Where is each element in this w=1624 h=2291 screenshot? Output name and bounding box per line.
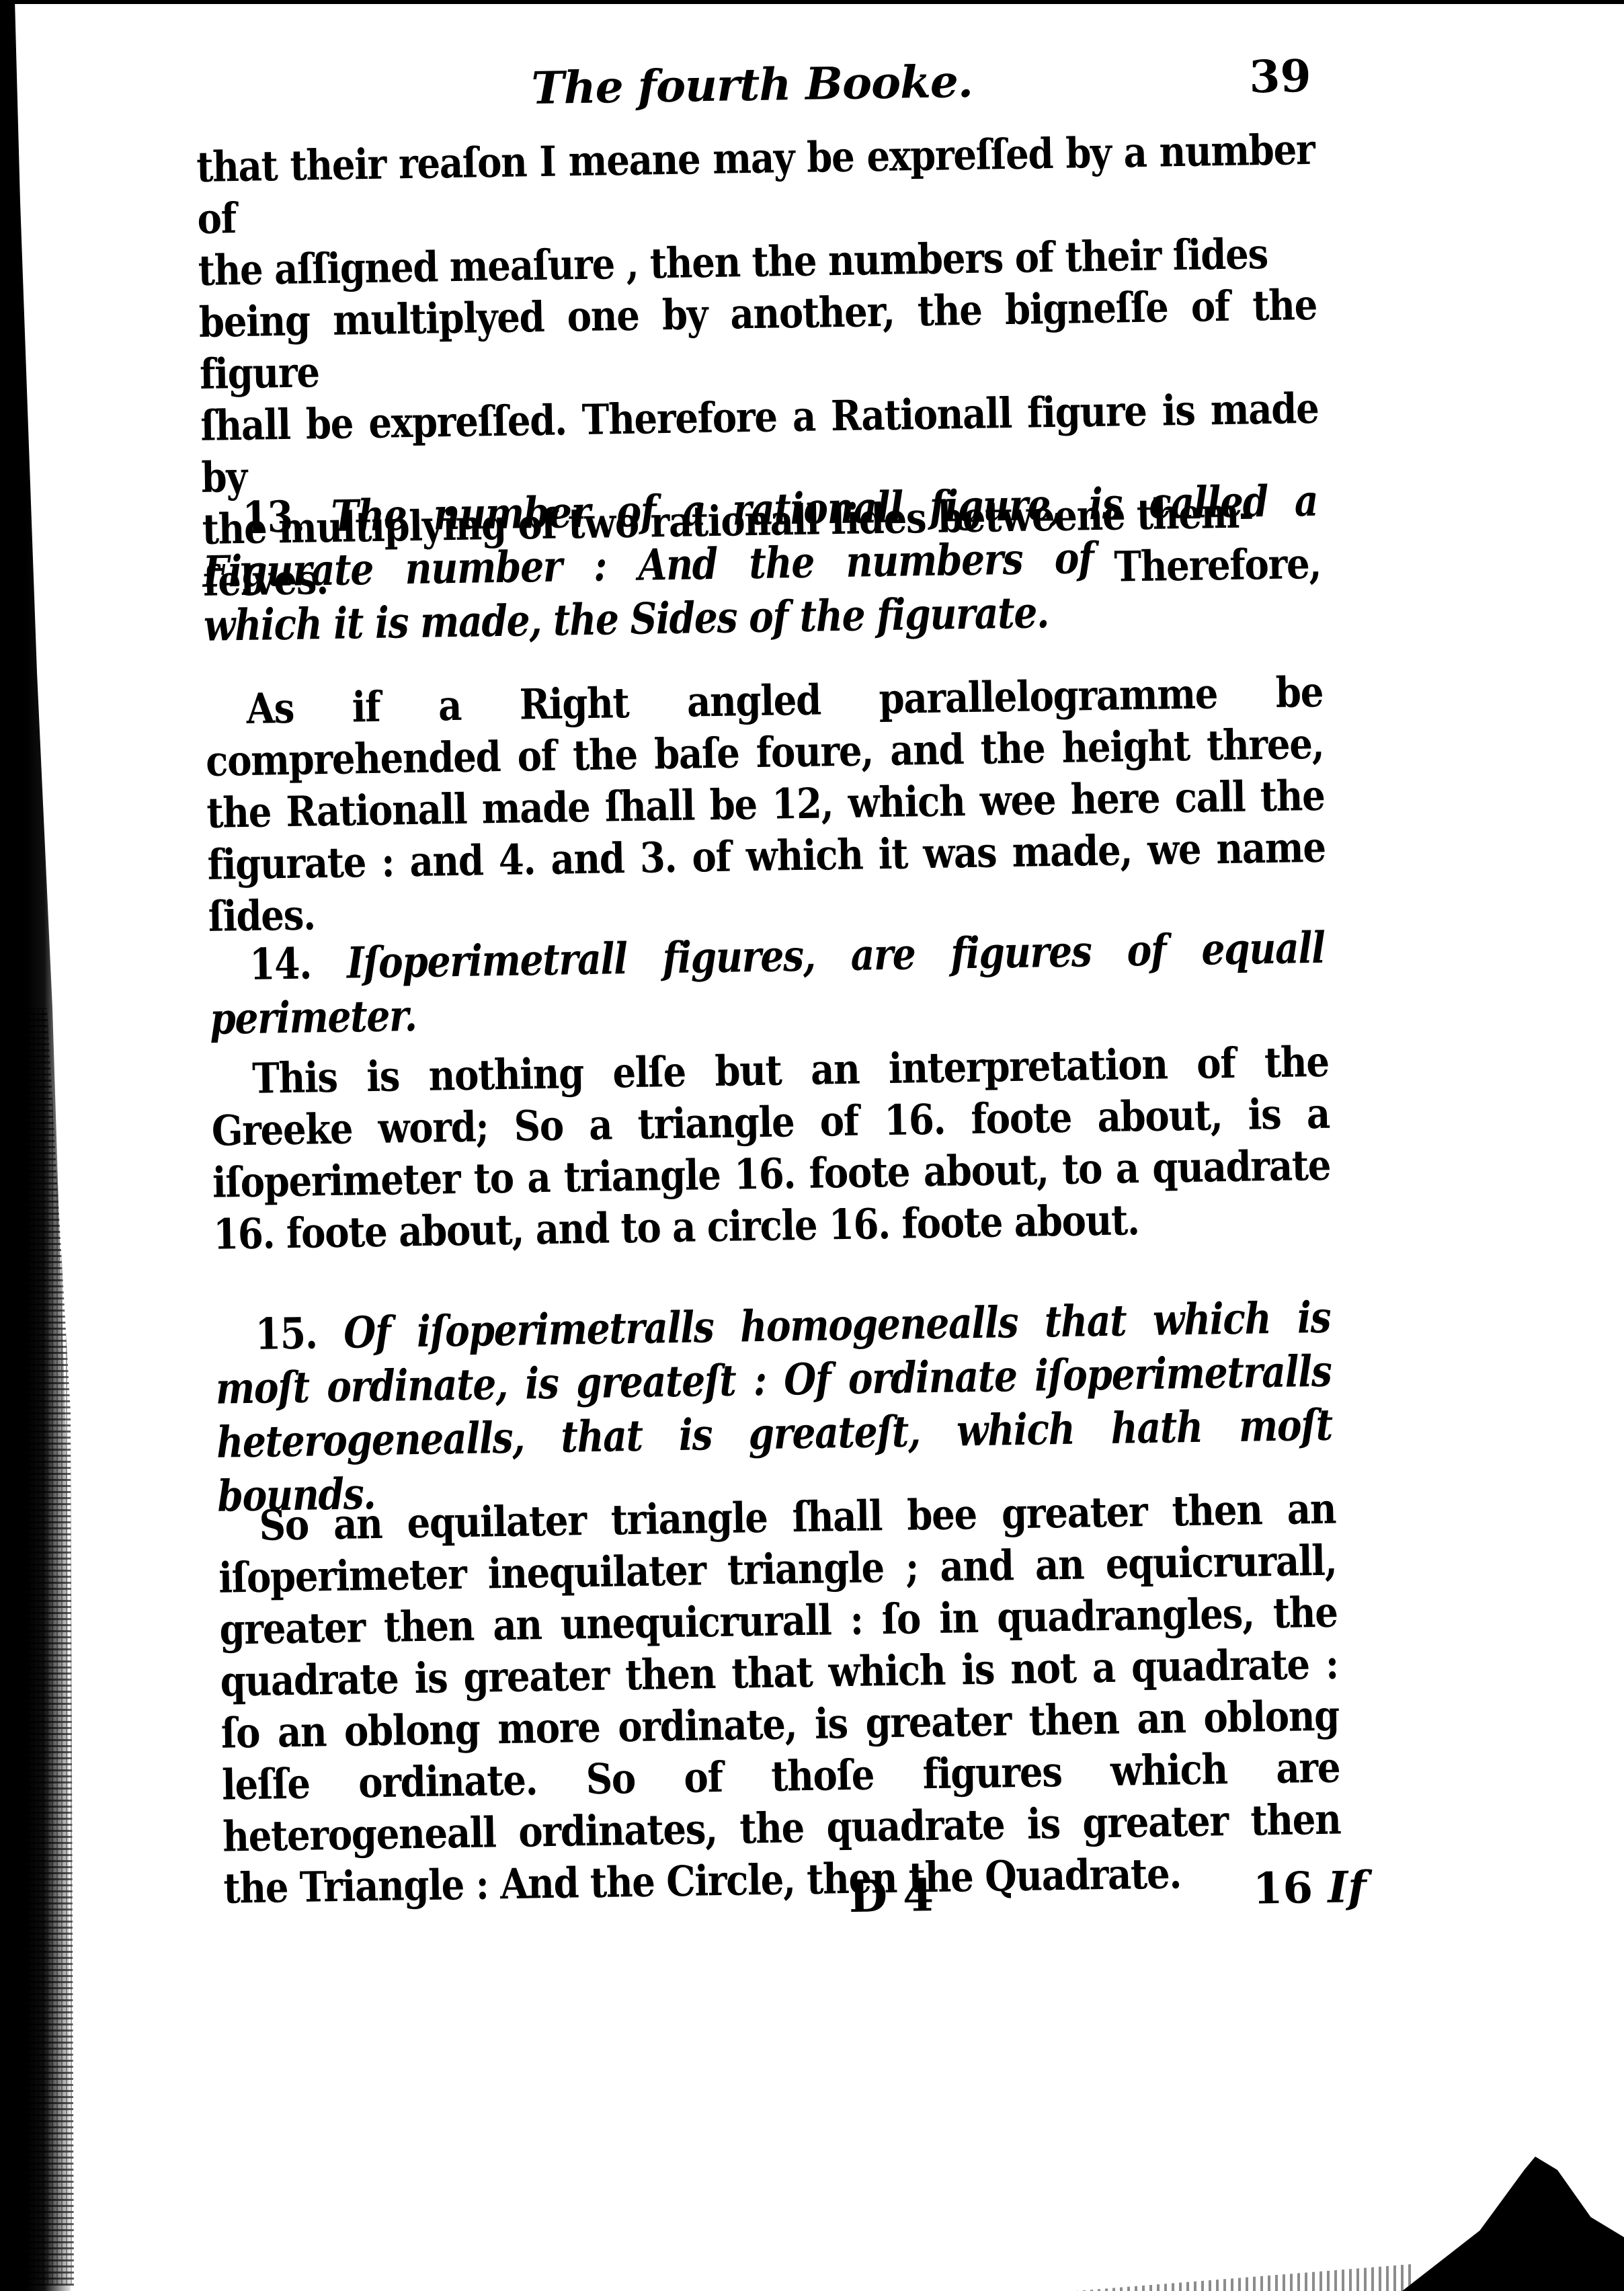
definition-15: 15. Of iſoperimetralls homogenealls that… [214, 1291, 1333, 1480]
continuation-paragraph: that their reaſon I meane may be expreſſ… [196, 124, 1317, 452]
definition-statement: 13. The number of a rationall figure, is… [202, 475, 1319, 653]
definition-text: The number of a rationall figure, is cal… [202, 476, 1318, 651]
book-page: The fourth Booke. 39 that their reaſon I… [195, 50, 1340, 1947]
definition-text: Iſoperimetrall figures, are figures of e… [210, 923, 1326, 1045]
explanation-15: So an equilater triangle ſhall bee great… [217, 1483, 1340, 1931]
definition-number: 13. [242, 492, 304, 543]
explanation-13: As if a Right angled parallelogramme be … [204, 666, 1324, 899]
scan-edge-mark [3, 1902, 14, 2044]
definition-statement: 14. Iſoperimetrall figures, are figures … [208, 922, 1326, 1047]
scan-bottom-noise [1075, 2264, 1412, 2291]
scan-edge-mark [1, 1815, 22, 1889]
definition-13: 13. The number of a rationall figure, is… [202, 475, 1320, 664]
signature-mark: D 4 [848, 1869, 934, 1923]
explanation-text: This is nothing elſe but an interpretati… [210, 1036, 1332, 1260]
catchword: 16 If [1252, 1862, 1367, 1915]
catchword-word: If [1328, 1862, 1367, 1913]
explanation-text: As if a Right angled parallelogramme be … [204, 666, 1326, 942]
explanation-text: So an equilater triangle ſhall bee great… [217, 1483, 1342, 1915]
scan-edge-mark [3, 2071, 14, 2291]
text-line: that their reaſon I meane may be expreſſ… [196, 124, 1315, 245]
definition-number: 15. [255, 1308, 317, 1359]
scan-thumb-shadow [1402, 2157, 1624, 2291]
definition-number: 14. [249, 938, 312, 990]
text-line: being multiplyed one by another, the big… [198, 279, 1317, 400]
definition-14: 14. Iſoperimetrall figures, are figures … [208, 922, 1326, 1053]
explanation-14: This is nothing elſe but an interpretati… [210, 1036, 1330, 1269]
page-number: 39 [1249, 50, 1311, 103]
catchword-number: 16 [1252, 1863, 1313, 1914]
scan-top-edge [0, 0, 1624, 4]
running-title: The fourth Booke. [531, 55, 973, 114]
